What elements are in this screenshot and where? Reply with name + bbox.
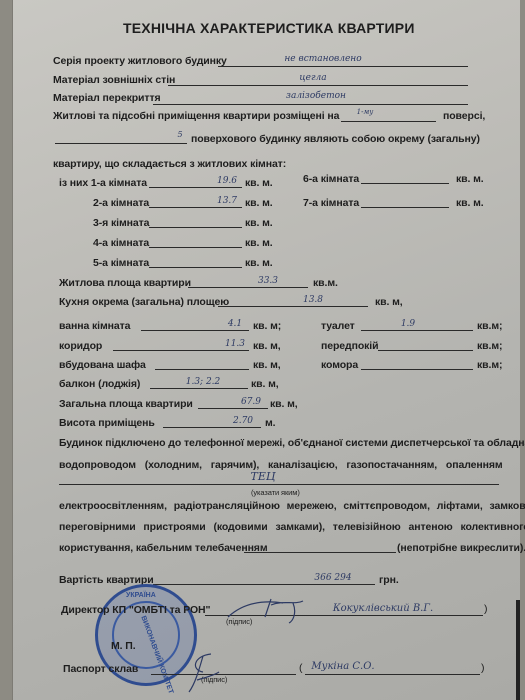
living-area-unit: кв.м. [313,277,338,289]
corridor-line [113,350,249,351]
stamp-mp: М. П. [111,640,136,652]
hall-label: передпокій [321,340,378,352]
passport-signature [183,650,223,695]
kitchen-line [218,306,368,307]
closet-label: вбудована шафа [59,359,146,371]
room-unit: кв. м. [245,197,273,209]
storage-label: комора [321,359,358,371]
height-line [163,427,261,428]
heating-hint: (указати яким) [251,488,300,497]
balcony-label: балкон (лоджія) [59,378,140,390]
closet-line [155,369,249,370]
rooms-intro: квартиру, що складається з житлових кімн… [53,158,286,170]
room-line [361,183,449,184]
corridor-label: коридор [59,340,102,352]
passport-name-line [305,674,480,675]
height-value: 2.70 [233,416,253,426]
utilities-line-4: переговірними пристроями (кодовими замка… [59,521,525,533]
price-line [153,584,375,585]
kitchen-unit: кв. м, [375,296,403,308]
heating-value: ТЕЦ [251,470,276,483]
hall-unit: кв.м; [477,340,502,352]
room-unit: кв. м. [245,177,273,189]
kitchen-label: Кухня окрема (загальна) площею [59,296,229,308]
floor-line [341,121,436,122]
room-unit: кв. м. [245,237,273,249]
room-value: 19.6 [217,176,237,186]
director-name: Кокуклівський В.Г. [333,603,433,614]
bath-line [141,330,249,331]
living-area-value: 33.3 [258,276,278,286]
toilet-unit: кв.м; [477,320,502,332]
walls-value: цегла [299,73,326,83]
passport-paren-close: ) [481,662,484,674]
corridor-unit: кв. м, [253,340,281,352]
room-line [149,187,242,188]
room-label: 6-а кімната [303,173,359,185]
balcony-unit: кв. м, [251,378,279,390]
bath-unit: кв. м; [253,320,281,332]
room-label: 2-а кімната [93,197,149,209]
bath-label: ванна кімната [59,320,130,332]
document-sheet: ТЕХНІЧНА ХАРАКТЕРИСТИКА КВАРТИРИ Серія п… [12,0,520,700]
floor-value: 1-му [357,108,374,116]
utilities-line-5-suffix: (непотрібне викреслити). [397,542,525,554]
room-line [361,207,449,208]
room-line [149,227,242,228]
closet-unit: кв. м, [253,359,281,371]
room-line [149,267,242,268]
total-area-line [198,408,268,409]
living-area-label: Житлова площа квартири [59,277,191,289]
utilities-line-3: електроосвітленням, радіотрансляційною м… [59,500,525,512]
height-unit: м. [265,417,276,429]
room-unit: кв. м. [245,257,273,269]
room-label: 5-а кімната [93,257,149,269]
room-label: 4-а кімната [93,237,149,249]
series-line [218,66,468,67]
corridor-value: 11.3 [225,339,245,349]
kitchen-value: 13.8 [303,295,323,305]
storeys-suffix: поверхового будинку являють собою окрему… [191,133,480,145]
background-edge [516,600,520,700]
toilet-line [361,330,473,331]
walls-label: Матеріал зовнішніх стін [53,74,175,86]
room-line [149,247,242,248]
balcony-line [150,388,248,389]
room-unit: кв. м. [456,197,484,209]
heating-line [59,484,499,485]
height-label: Висота приміщень [59,417,155,429]
price-unit: грн. [379,574,399,586]
utilities-line-1: Будинок підключено до телефонної мережі,… [59,437,525,449]
storage-line [361,369,473,370]
walls-line [168,85,468,86]
director-signature [223,595,308,625]
balcony-value: 1.3; 2.2 [186,377,221,387]
passport-paren-open: ( [299,662,302,674]
toilet-label: туалет [321,320,355,332]
placement-suffix: поверсі, [443,110,485,122]
passport-label: Паспорт склав [63,663,138,675]
room-value: 13.7 [217,196,237,206]
series-value: не встановлено [284,54,361,64]
storeys-value: 5 [177,130,182,139]
utilities-line-5: користування, кабельним телебаченням [59,542,268,554]
total-area-value: 67.9 [241,397,261,407]
passport-name: Мукіна С.О. [311,661,374,672]
floors-material-value: залізобетон [286,91,346,101]
placement-label: Житлові та підсобні приміщення квартири … [53,110,339,122]
storeys-line [55,143,187,144]
storage-unit: кв.м; [477,359,502,371]
toilet-value: 1.9 [401,319,415,329]
living-area-line [188,287,308,288]
room-label: 3-я кімната [93,217,149,229]
total-area-unit: кв. м, [270,398,298,410]
floors-material-label: Матеріал перекриття [53,92,161,104]
room-unit: кв. м. [456,173,484,185]
document-title: ТЕХНІЧНА ХАРАКТЕРИСТИКА КВАРТИРИ [123,20,415,36]
stamp-text-top: УКРАЇНА [126,592,156,599]
director-paren-close: ) [484,603,487,615]
room-line [149,207,242,208]
bath-value: 4.1 [228,319,242,329]
floors-material-line [153,104,468,105]
room-label: із них 1-а кімната [59,177,147,189]
director-label: Директор КП "ОМБТІ та РОН" [61,604,210,616]
series-label: Серія проекту житлового будинку [53,55,227,67]
cable-tv-line [244,552,396,553]
utilities-line-2: водопроводом (холодним, гарячим), каналі… [59,459,503,471]
room-label: 7-а кімната [303,197,359,209]
price-value: 366 294 [314,573,351,583]
room-unit: кв. м. [245,217,273,229]
hall-line [378,350,473,351]
total-area-label: Загальна площа квартири [59,398,193,410]
